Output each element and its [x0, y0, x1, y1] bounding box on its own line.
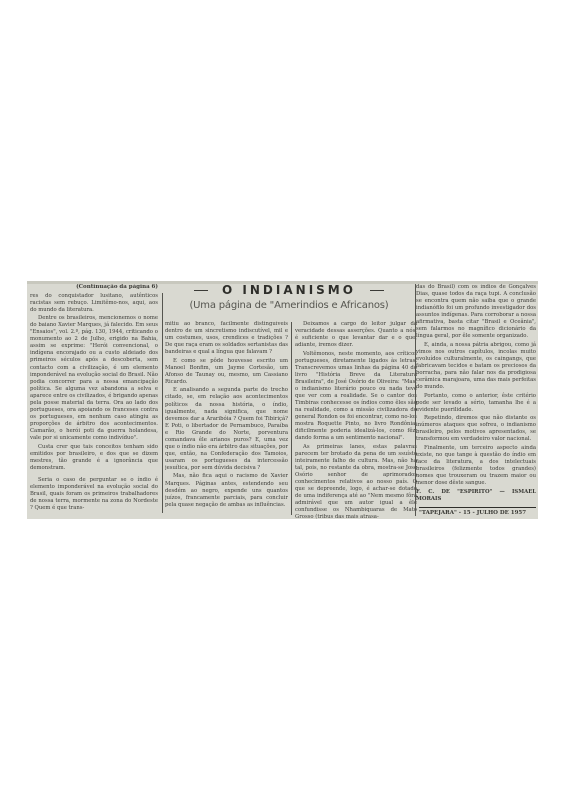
continuation-note: (Continuação da página 6) — [30, 284, 158, 291]
column-1: (Continuação da página 6) res do conquis… — [30, 284, 158, 519]
paragraph: E, ainda, a nossa pátria abrigou, como j… — [416, 342, 536, 391]
paragraph: E analisando a segunda parte do trecho c… — [165, 387, 288, 472]
column-3: Deixamos a cargo do leitor julgar da ver… — [295, 321, 417, 519]
newspaper-clipping: (Continuação da página 6) res do conquis… — [27, 281, 538, 519]
paragraph: Seria o caso de perguntar se o índio é e… — [30, 477, 158, 512]
paragraph: Deixamos a cargo do leitor julgar da ver… — [295, 321, 417, 349]
column-divider — [162, 293, 163, 513]
paragraph: res do conquistador lusitano, autênticos… — [30, 293, 158, 314]
publication-footer: "TAPEJARA" - 15 - JULHO DE 1957 — [419, 510, 536, 516]
footer-rule — [419, 507, 536, 508]
paragraph: Portanto, como o anterior, êste critério… — [416, 393, 536, 414]
title-dash-right — [370, 290, 384, 291]
author-signature: F. C. DE "ESPIRITO" — ISMAEL MORAIS — [416, 489, 536, 503]
title-dash-left — [194, 290, 208, 291]
headline-text: O INDIANISMO — [222, 283, 356, 297]
paragraph: Dentre os brasileiros, mencionemos o nom… — [30, 315, 158, 442]
paragraph: Custa crer que tais conceitos tenham sid… — [30, 444, 158, 472]
paragraph: As primeiras lanes, estas palavras parec… — [295, 444, 417, 519]
paragraph: das do Brasil) com os índios de Gonçalve… — [416, 284, 536, 340]
paragraph: mitiu ao branco, facilmente distinguívei… — [165, 321, 288, 356]
column-divider — [291, 322, 292, 515]
paragraph: Finalmente, um terceiro aspecto ainda ex… — [416, 445, 536, 487]
paragraph: Voltêmonos, neste momento, aos críticos … — [295, 351, 417, 443]
paragraph: E como se pôde houvesse escrito um Manoe… — [165, 358, 288, 386]
paragraph: Repetindo, diremos que não distante os i… — [416, 415, 536, 443]
column-4: das do Brasil) com os índios de Gonçalve… — [416, 284, 536, 503]
subheadline: (Uma página de "Amerindios e Africanos) — [164, 300, 414, 312]
column-2: mitiu ao branco, facilmente distinguívei… — [165, 321, 288, 519]
headline-block: O INDIANISMO (Uma página de "Amerindios … — [164, 283, 414, 319]
paragraph: Mas, não fica aqui o racismo de Xavier M… — [165, 473, 288, 508]
headline: O INDIANISMO — [164, 283, 414, 297]
